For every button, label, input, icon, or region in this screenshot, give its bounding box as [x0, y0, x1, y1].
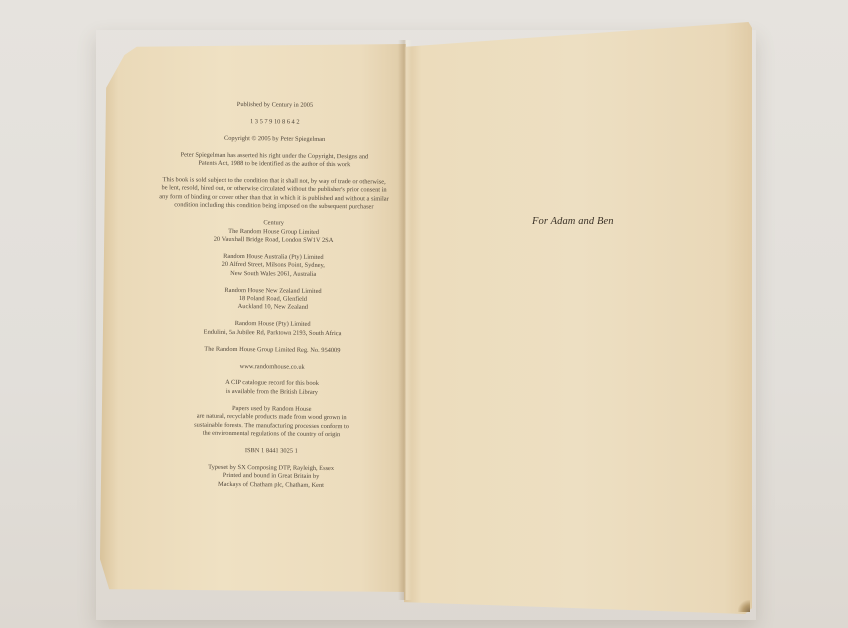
condition-line: condition including this condition being…	[139, 201, 409, 212]
australia-address: Random House Australia (Pty) Limited 20 …	[138, 252, 408, 280]
cip-notice: A CIP catalogue record for this book is …	[137, 378, 407, 398]
publication-text: Published by Century in 2005	[140, 100, 410, 111]
registration-text: The Random House Group Limited Reg. No. …	[137, 345, 407, 356]
website-text: www.randomhouse.co.uk	[137, 362, 407, 373]
new-zealand-address: Random House New Zealand Limited 18 Pola…	[138, 286, 408, 314]
isbn: ISBN 1 8441 3025 1	[136, 446, 406, 457]
address-line: New South Wales 2061, Australia	[138, 269, 408, 280]
printing-credits: Typeset by SX Composing DTP, Rayleigh, E…	[136, 463, 406, 491]
address-line: 20 Vauxhall Bridge Road, London SW1V 2SA	[138, 235, 408, 246]
right-page	[404, 22, 752, 614]
uk-publisher-address: Century The Random House Group Limited 2…	[138, 218, 408, 246]
south-africa-address: Random House (Pty) Limited Endulini, 5a …	[138, 319, 408, 339]
publication-line: Published by Century in 2005	[140, 100, 410, 111]
copyright-notice: Copyright © 2005 by Peter Spiegelman	[140, 134, 410, 145]
registration-number: The Random House Group Limited Reg. No. …	[137, 345, 407, 356]
publisher-website: www.randomhouse.co.uk	[137, 362, 407, 373]
copyright-text: Copyright © 2005 by Peter Spiegelman	[140, 134, 410, 145]
open-book: Published by Century in 2005 1 3 5 7 9 1…	[0, 0, 848, 628]
paper-notice: Papers used by Random House are natural,…	[136, 404, 406, 440]
paper-line: the environmental regulations of the cou…	[136, 429, 406, 440]
printing-line: Mackays of Chatham plc, Chatham, Kent	[136, 480, 406, 491]
dedication-text: For Adam and Ben	[532, 216, 614, 227]
page-corner-wear	[738, 600, 750, 612]
moral-rights-line: Patents Act, 1988 to be identified as th…	[139, 159, 409, 170]
print-line: 1 3 5 7 9 10 8 6 4 2	[140, 117, 410, 128]
moral-rights-notice: Peter Spiegelman has asserted his right …	[139, 151, 409, 171]
isbn-text: ISBN 1 8441 3025 1	[136, 446, 406, 457]
address-line: Endulini, 5a Jubilee Rd, Parktown 2193, …	[138, 328, 408, 339]
imprint-page-text: Published by Century in 2005 1 3 5 7 9 1…	[136, 100, 410, 499]
sale-conditions: This book is sold subject to the conditi…	[139, 176, 409, 212]
address-line: Auckland 10, New Zealand	[138, 302, 408, 313]
print-line-text: 1 3 5 7 9 10 8 6 4 2	[140, 117, 410, 128]
cip-line: is available from the British Library	[137, 387, 407, 398]
